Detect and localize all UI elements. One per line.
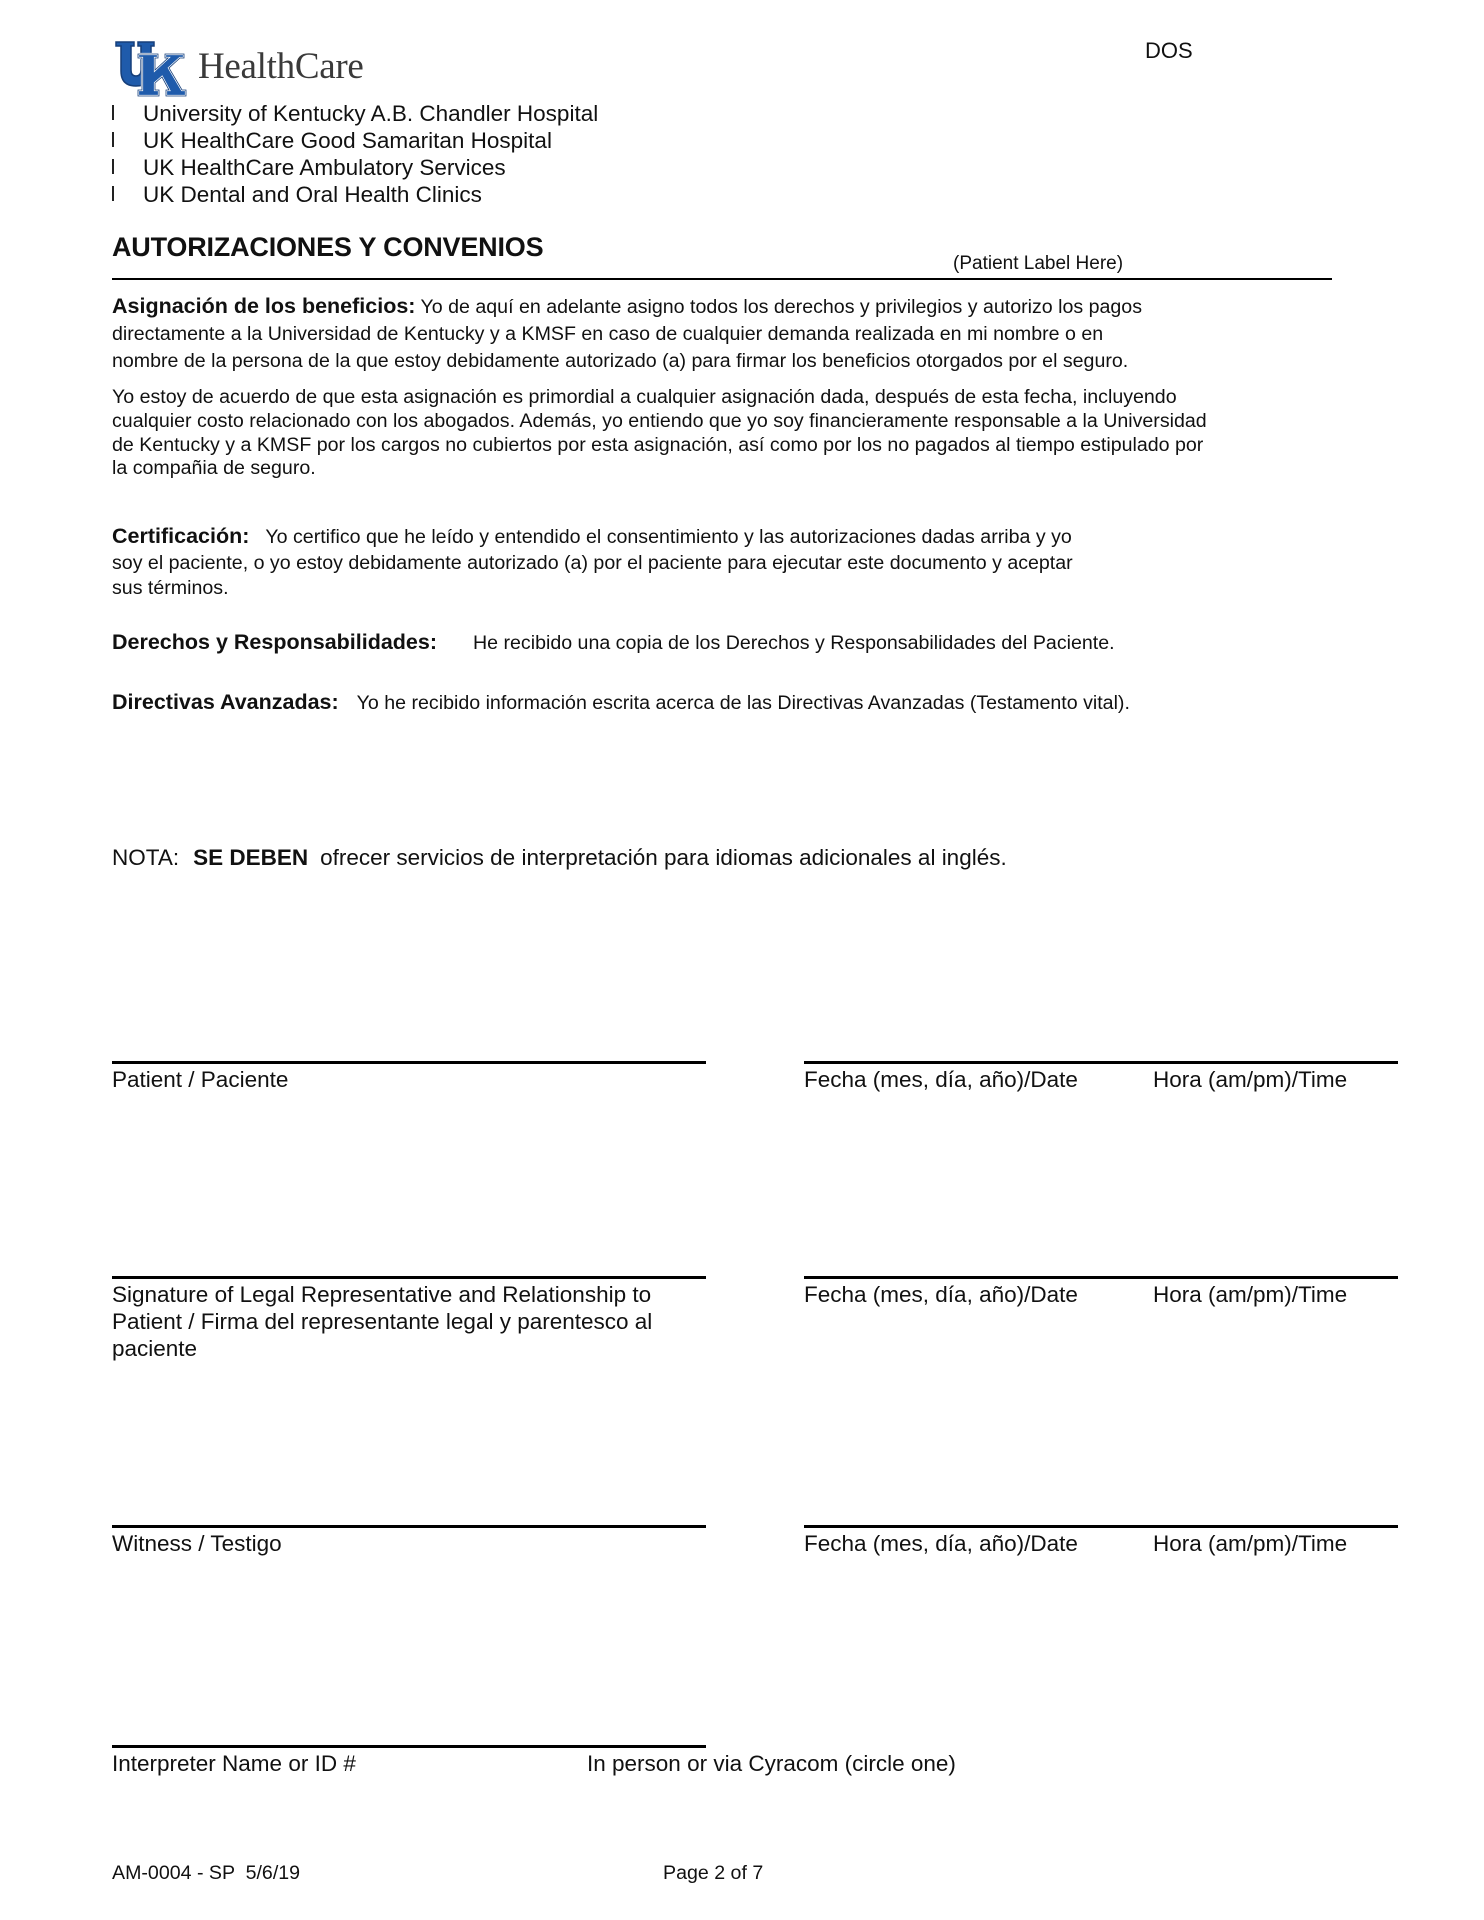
patient-label-placeholder: (Patient Label Here) <box>953 253 1123 275</box>
assignment-heading: Asignación de los beneficios: <box>112 294 415 318</box>
facility-label: University of Kentucky A.B. Chandler Hos… <box>143 100 598 127</box>
certification-line: Certificación:Yo certifico que he leído … <box>112 524 1073 551</box>
certification-section: Certificación:Yo certifico que he leído … <box>112 524 1073 602</box>
rights-text: He recibido una copia de los Derechos y … <box>473 632 1115 654</box>
certification-line: soy el paciente, o yo estoy debidamente … <box>112 551 1073 577</box>
page-number: Page 2 of 7 <box>663 1862 763 1885</box>
time-label: Hora (am/pm)/Time <box>1153 1066 1347 1093</box>
checkbox-bar-icon <box>112 159 114 174</box>
date-label: Fecha (mes, día, año)/Date <box>804 1530 1078 1557</box>
assignment-paragraph-2: Yo estoy de acuerdo de que esta asignaci… <box>112 386 1207 481</box>
page-title: AUTORIZACIONES Y CONVENIOS <box>112 232 543 263</box>
interpreter-mode-label[interactable]: In person or via Cyracom (circle one) <box>587 1750 956 1777</box>
form-code-top: DOS <box>1145 38 1193 64</box>
certification-line: sus términos. <box>112 576 1073 602</box>
form-id: AM-0004 - SP 5/6/19 <box>112 1862 300 1885</box>
assignment-p2-line: Yo estoy de acuerdo de que esta asignaci… <box>112 386 1207 410</box>
assignment-section: Asignación de los beneficios: Yo de aquí… <box>112 293 1142 375</box>
witness-signature-label: Witness / Testigo <box>112 1530 282 1557</box>
rights-heading: Derechos y Responsabilidades: <box>112 630 437 654</box>
witness-signature-line[interactable] <box>112 1525 706 1528</box>
assignment-line: nombre de la persona de la que estoy deb… <box>112 348 1142 375</box>
representative-signature-line[interactable] <box>112 1276 706 1279</box>
assignment-p2-line: cualquier costo relacionado con los abog… <box>112 410 1207 434</box>
witness-date-time-line[interactable] <box>804 1525 1398 1528</box>
facility-label: UK HealthCare Ambulatory Services <box>143 154 506 181</box>
interpreter-label: Interpreter Name or ID # <box>112 1750 356 1777</box>
directives-text: Yo he recibido información escrita acerc… <box>357 692 1130 714</box>
assignment-line: directamente a la Universidad de Kentuck… <box>112 321 1142 348</box>
patient-signature-line[interactable] <box>112 1061 706 1064</box>
rights-section: Derechos y Responsabilidades:He recibido… <box>112 630 1115 657</box>
certification-heading: Certificación: <box>112 524 249 548</box>
assignment-p2-line: de Kentucky y a KMSF por los cargos no c… <box>112 434 1207 458</box>
certification-text: Yo certifico que he leído y entendido el… <box>265 526 1071 548</box>
note-text: ofrecer servicios de interpretación para… <box>320 845 1007 870</box>
assignment-text: Yo de aquí en adelante asigno todos los … <box>415 296 1142 318</box>
date-label: Fecha (mes, día, año)/Date <box>804 1066 1078 1093</box>
title-divider <box>112 278 1332 280</box>
note-prefix: NOTA: <box>112 845 179 870</box>
assignment-line: Asignación de los beneficios: Yo de aquí… <box>112 293 1142 321</box>
time-label: Hora (am/pm)/Time <box>1153 1281 1347 1308</box>
facility-label: UK Dental and Oral Health Clinics <box>143 181 482 208</box>
representative-date-time-line[interactable] <box>804 1276 1398 1279</box>
representative-signature-label: Signature of Legal Representative and Re… <box>112 1281 652 1362</box>
directives-section: Directivas Avanzadas:Yo he recibido info… <box>112 690 1130 717</box>
representative-label-line: Patient / Firma del representante legal … <box>112 1308 652 1335</box>
checkbox-bar-icon <box>112 105 114 120</box>
checkbox-bar-icon <box>112 186 114 201</box>
patient-signature-label: Patient / Paciente <box>112 1066 288 1093</box>
directives-heading: Directivas Avanzadas: <box>112 690 339 714</box>
checkbox-bar-icon <box>112 132 114 147</box>
note-emphasis: SE DEBEN <box>193 845 308 870</box>
brand-name: HealthCare <box>198 48 363 85</box>
patient-date-time-line[interactable] <box>804 1061 1398 1064</box>
representative-label-line: Signature of Legal Representative and Re… <box>112 1281 652 1308</box>
facility-label: UK HealthCare Good Samaritan Hospital <box>143 127 552 154</box>
representative-label-line: paciente <box>112 1335 652 1362</box>
date-label: Fecha (mes, día, año)/Date <box>804 1281 1078 1308</box>
time-label: Hora (am/pm)/Time <box>1153 1530 1347 1557</box>
uk-logo-icon <box>114 40 188 98</box>
interpretation-note: NOTA:SE DEBENofrecer servicios de interp… <box>112 845 1007 871</box>
assignment-p2-line: la compañia de seguro. <box>112 457 1207 481</box>
interpreter-line[interactable] <box>112 1745 706 1748</box>
